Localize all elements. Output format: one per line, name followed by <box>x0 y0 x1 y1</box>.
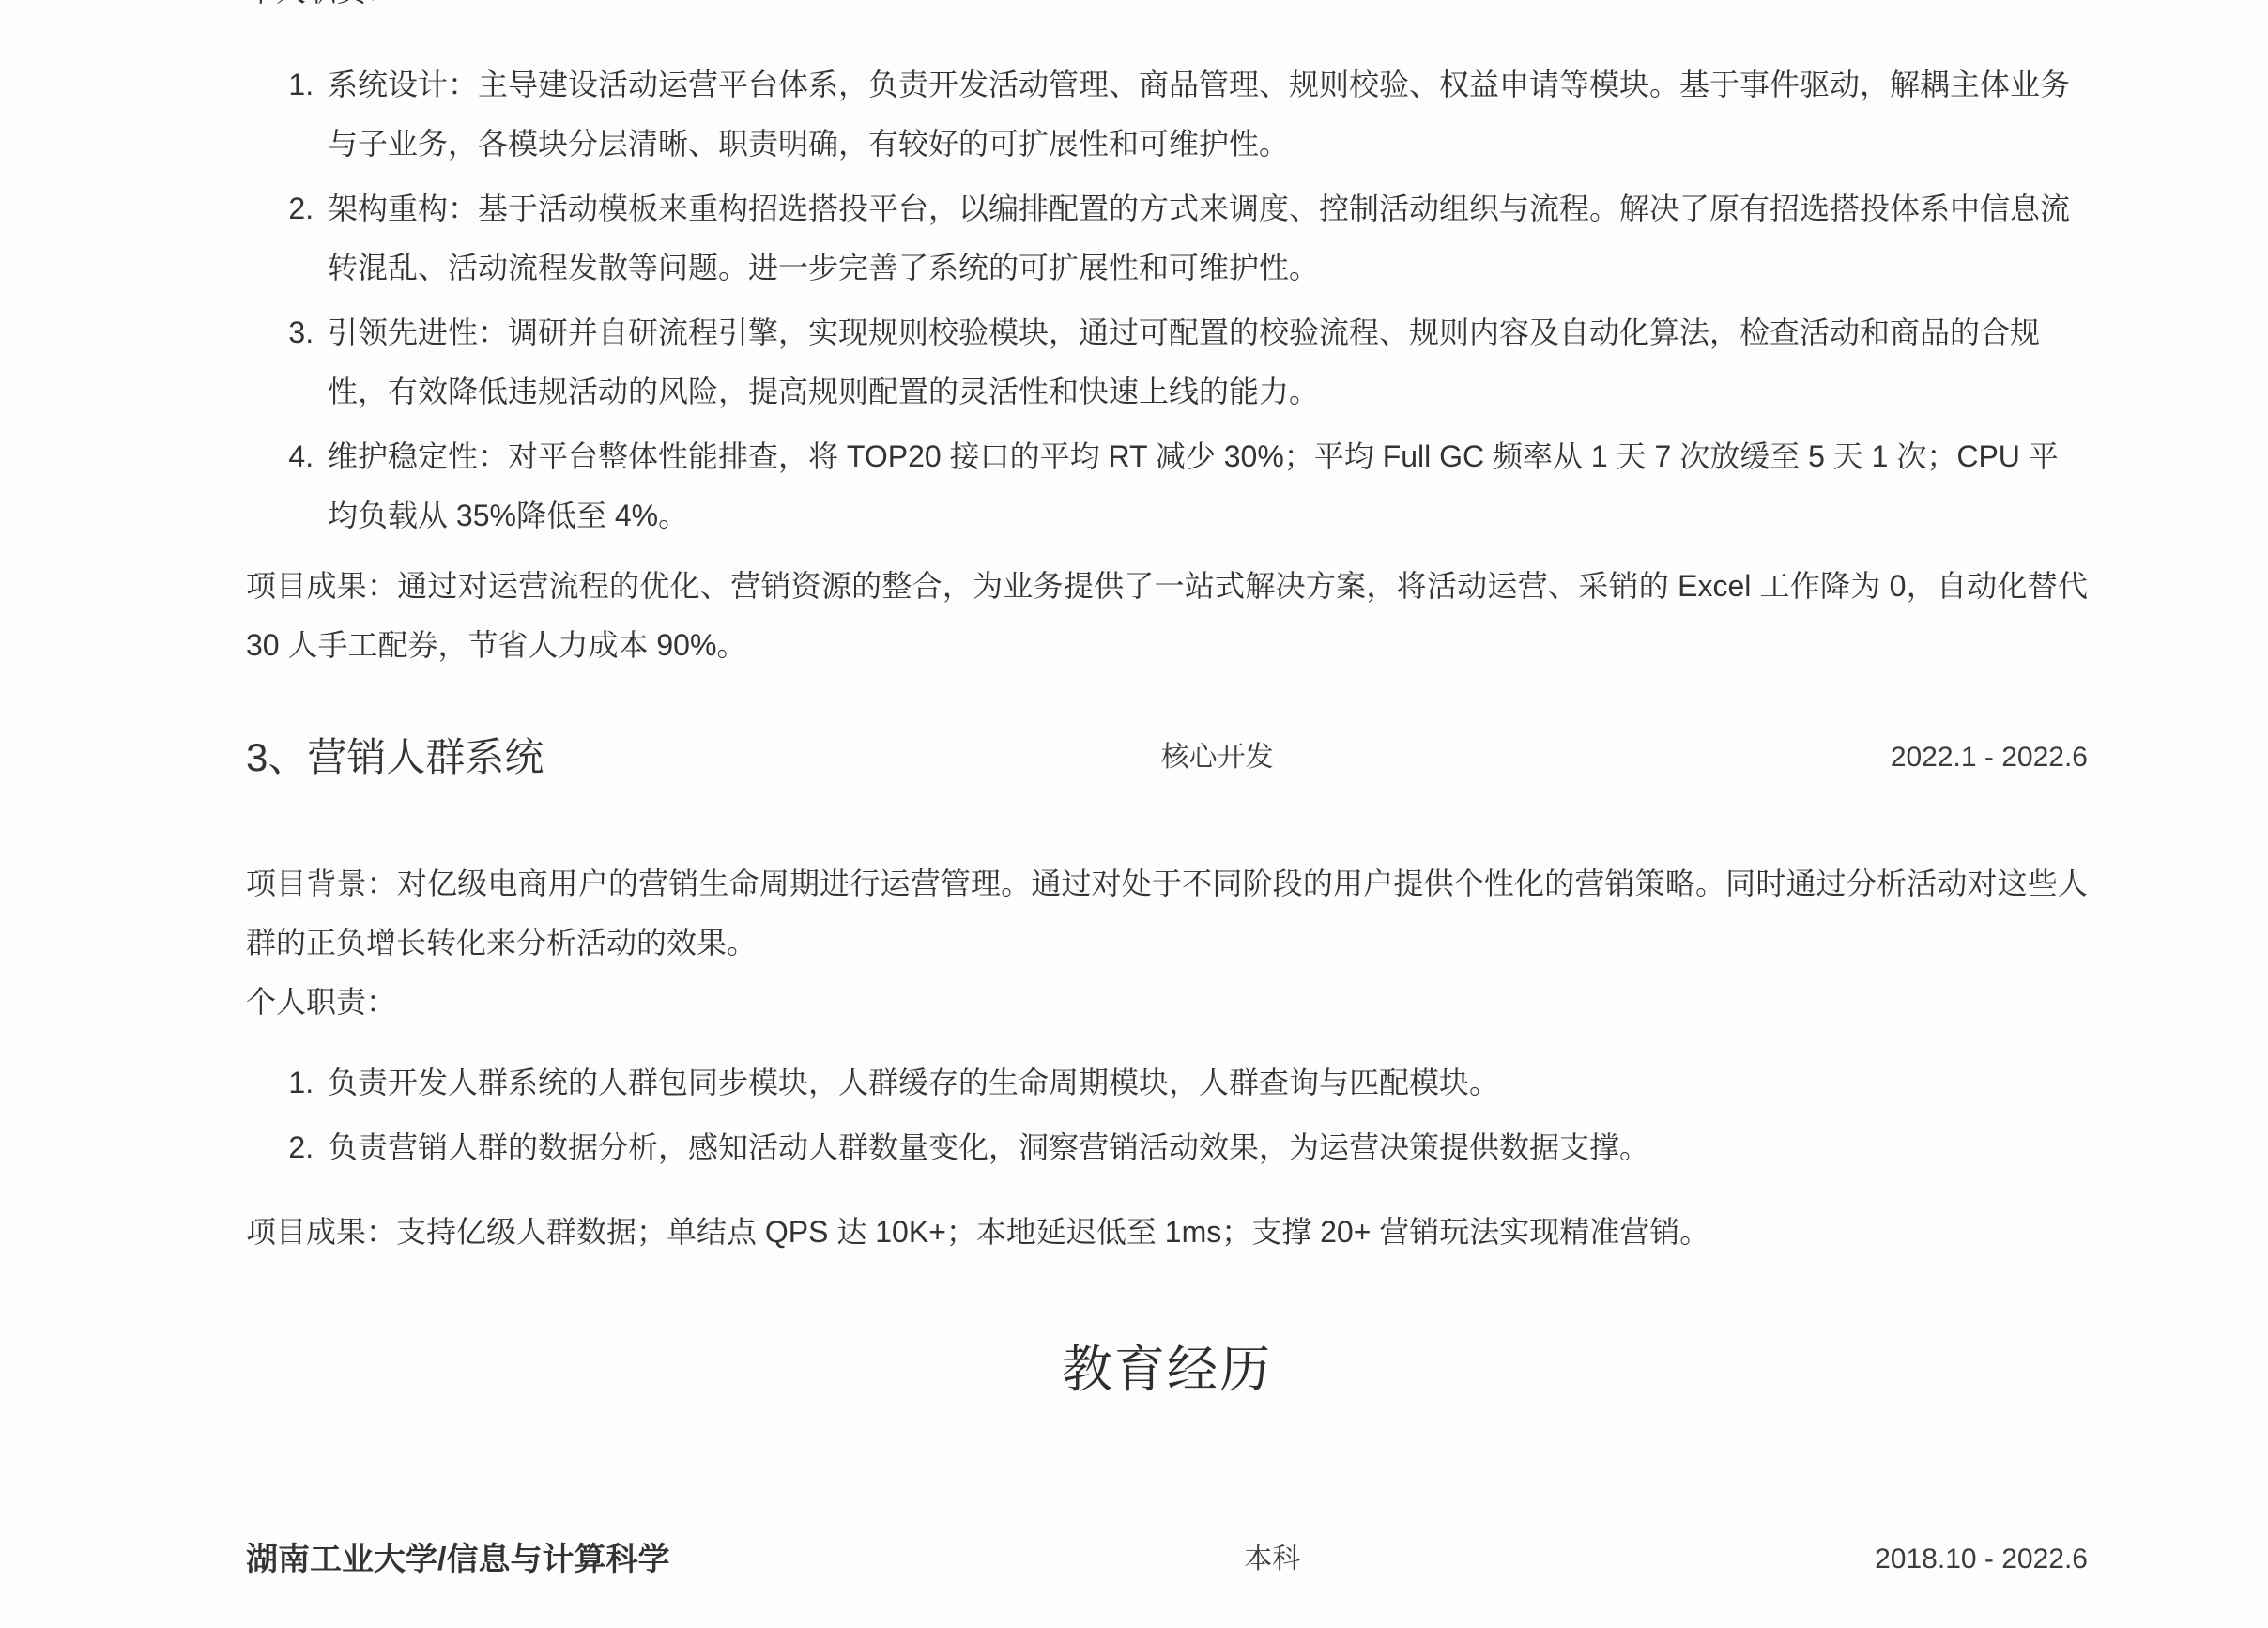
education-section-heading: 教育经历 <box>246 1337 2088 1403</box>
list-item: 引领先进性：调研并自研流程引擎，实现规则校验模块，通过可配置的校验流程、规则内容… <box>322 303 2088 422</box>
education-school: 湖南工业大学/信息与计算科学 <box>246 1535 669 1584</box>
education-entry-header: 湖南工业大学/信息与计算科学 本科 2018.10 - 2022.6 <box>246 1535 2088 1584</box>
list-item: 负责营销人群的数据分析，感知活动人群数量变化，洞察营销活动效果，为运营决策提供数… <box>322 1118 2088 1177</box>
education-period: 2018.10 - 2022.6 <box>1875 1535 2088 1584</box>
project3-duty-list: 负责开发人群系统的人群包同步模块，人群缓存的生命周期模块，人群查询与匹配模块。 … <box>246 1053 2088 1177</box>
list-item: 维护稳定性：对平台整体性能排查，将 TOP20 接口的平均 RT 减少 30%；… <box>322 427 2088 545</box>
project2-result: 项目成果：通过对运营流程的优化、营销资源的整合，为业务提供了一站式解决方案，将活… <box>246 557 2088 675</box>
project3-background: 项目背景：对亿级电商用户的营销生命周期进行运营管理。通过对处于不同阶段的用户提供… <box>246 854 2088 973</box>
education-degree: 本科 <box>669 1535 1875 1584</box>
project3-result: 项目成果：支持亿级人群数据；单结点 QPS 达 10K+；本地延迟低至 1ms；… <box>246 1203 2088 1262</box>
list-item: 系统设计：主导建设活动运营平台体系，负责开发活动管理、商品管理、规则校验、权益申… <box>322 55 2088 174</box>
clipped-top-text: 个人职责： <box>246 0 396 8</box>
project3-duties-label: 个人职责： <box>246 973 2088 1032</box>
project3-role: 核心开发 <box>544 733 1890 782</box>
list-item: 负责开发人群系统的人群包同步模块，人群缓存的生命周期模块，人群查询与匹配模块。 <box>322 1053 2088 1113</box>
project2-duty-list: 系统设计：主导建设活动运营平台体系，负责开发活动管理、商品管理、规则校验、权益申… <box>246 55 2088 545</box>
project3-title: 3、营销人群系统 <box>246 733 544 782</box>
resume-page: 个人职责： 系统设计：主导建设活动运营平台体系，负责开发活动管理、商品管理、规则… <box>0 0 2268 1628</box>
list-item: 架构重构：基于活动模板来重构招选搭投平台，以编排配置的方式来调度、控制活动组织与… <box>322 179 2088 298</box>
project3-header: 3、营销人群系统 核心开发 2022.1 - 2022.6 <box>246 733 2088 782</box>
project3-period: 2022.1 - 2022.6 <box>1891 733 2088 782</box>
